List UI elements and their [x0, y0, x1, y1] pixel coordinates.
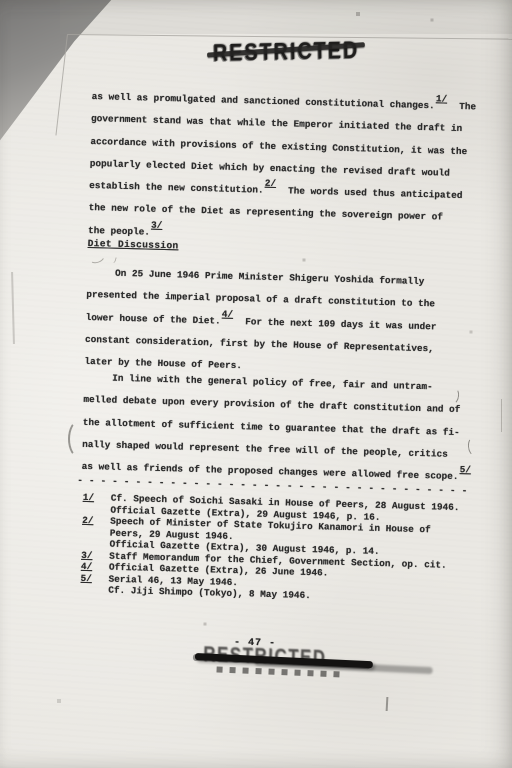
footnote-marker: 1/	[83, 492, 95, 504]
footnote-ref: 5/	[459, 464, 471, 475]
text-run: lower house of the Diet.	[86, 312, 221, 327]
scan-scratch-line	[11, 272, 14, 344]
underlying-sheet	[60, 0, 512, 34]
text-run: melled debate upon every provision of th…	[83, 394, 460, 415]
text-run: constant consideration, first by the Hou…	[85, 334, 434, 354]
scan-scratch-line	[501, 399, 502, 432]
paragraph-free-debate: In line with the general policy of free,…	[81, 367, 480, 489]
scanned-document-page: RESTRICTED as well as promulgated and sa…	[0, 0, 512, 768]
footnote-ref: 2/	[265, 178, 277, 189]
footnote-marker: 5/	[80, 572, 92, 584]
text-run: nally shaped would represent the free wi…	[82, 439, 448, 460]
text-run: as well as promulgated and sanctioned co…	[92, 91, 435, 111]
text-run: The	[448, 101, 476, 113]
paragraph-constitutional-changes: as well as promulgated and sanctioned co…	[88, 86, 488, 253]
section-heading: Diet Discussion	[88, 238, 179, 251]
paragraph-diet-discussion: On 25 June 1946 Prime Minister Shigeru Y…	[84, 262, 483, 384]
text-run: establish the new constitution.	[89, 180, 264, 196]
text-run: the new role of the Diet as representing…	[88, 202, 443, 223]
text-run: For the next 109 days it was under	[234, 316, 437, 332]
scan-specks	[0, 0, 2, 2]
footnote-ref: 1/	[436, 93, 448, 104]
restricted-stamp-bottom: RESTRICTED	[203, 643, 358, 672]
text-run: government stand was that while the Empe…	[91, 113, 462, 134]
text-run: popularly elected Diet which by enacting…	[90, 158, 450, 179]
footnote-ref: 3/	[151, 219, 163, 230]
footnotes: 1/Cf. Speech of Soichi Sasaki in House o…	[78, 492, 477, 606]
text-run: the people.	[88, 225, 150, 238]
footnote-ref: 4/	[222, 308, 234, 319]
text-run: On 25 June 1946 Prime Minister Shigeru Y…	[87, 267, 425, 287]
text-run: The words used thus anticipated	[277, 185, 463, 201]
footnote-marker: 3/	[81, 549, 93, 561]
footnote-marker: 2/	[82, 515, 94, 527]
restricted-stamp-top: RESTRICTED	[213, 36, 392, 68]
text-run: In line with the general policy of free,…	[84, 372, 433, 392]
text-run: presented the imperial proposal of a dra…	[86, 289, 435, 309]
pencil-mark	[386, 697, 389, 711]
typed-text-block: as well as promulgated and sanctioned co…	[92, 84, 488, 95]
footnote-marker: 4/	[81, 561, 93, 573]
